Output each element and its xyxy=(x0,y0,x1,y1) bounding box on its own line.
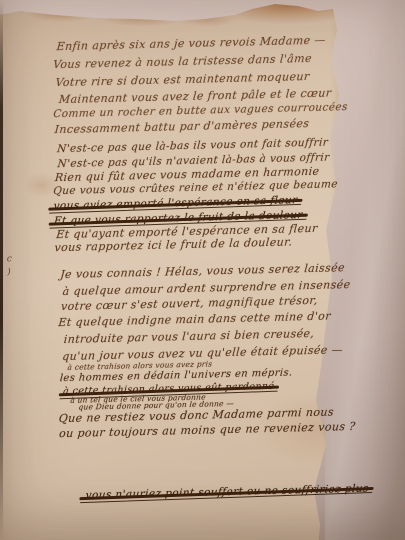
table-dark-edge xyxy=(0,0,3,540)
photo-frame: Enfin après six ans je vous revois Madam… xyxy=(0,0,405,540)
manuscript-line-struck: vous n'auriez point souffert ou ne souff… xyxy=(85,483,369,502)
manuscript-line: introduite par vous l'aura si bien creus… xyxy=(63,327,315,346)
manuscript-line: Vous revenez à nous la tristesse dans l'… xyxy=(53,52,313,71)
margin-ink-mark: c xyxy=(7,254,12,264)
manuscript-line: Et quelque indigne main dans cette mine … xyxy=(58,309,332,329)
manuscript-line: Incessamment battu par d'amères pensées xyxy=(54,117,310,136)
manuscript-line: Enfin après six ans je vous revois Madam… xyxy=(56,33,326,53)
manuscript-line: Je vous connais ! Hélas, vous vous serez… xyxy=(60,261,346,281)
handwriting-layer: Enfin après six ans je vous revois Madam… xyxy=(0,0,405,540)
manuscript-line: Votre rire si doux est maintenant moqueu… xyxy=(55,70,310,89)
strikethrough-mark xyxy=(80,487,375,500)
margin-ink-mark: ) xyxy=(7,267,11,277)
